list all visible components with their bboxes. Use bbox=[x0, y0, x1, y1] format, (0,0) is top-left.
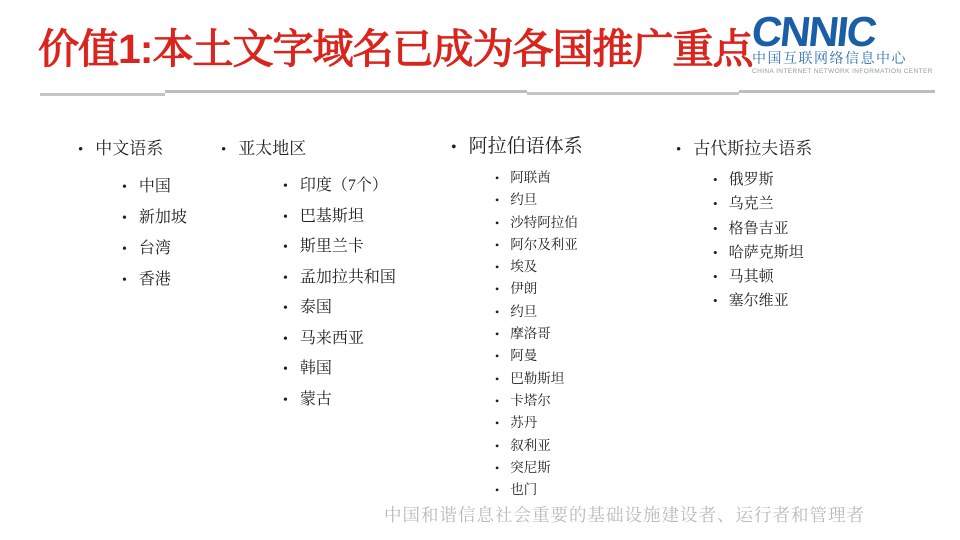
bullet-icon: • bbox=[713, 245, 718, 260]
country-list: •印度（7个）•巴基斯坦•斯里兰卡•孟加拉共和国•泰国•马来西亚•韩国•蒙古 bbox=[283, 171, 396, 415]
bullet-icon: • bbox=[283, 332, 288, 347]
bullet-icon: • bbox=[495, 193, 499, 207]
footer-tagline: 中国和谐信息社会重要的基础设施建设者、运行者和管理者 bbox=[384, 502, 865, 527]
country-item: •摩洛哥 bbox=[495, 323, 583, 345]
bullet-icon: • bbox=[122, 180, 127, 195]
bullet-icon: • bbox=[122, 273, 127, 288]
country-item: •巴基斯坦 bbox=[283, 202, 396, 233]
bullet-icon: • bbox=[495, 282, 499, 296]
country-label: 台湾 bbox=[139, 240, 171, 257]
country-label: 阿曼 bbox=[510, 348, 537, 363]
country-item: •约旦 bbox=[495, 301, 583, 323]
slide-title: 价值1:本土文字域名已成为各国推广重点 bbox=[38, 16, 752, 75]
country-label: 埃及 bbox=[510, 259, 537, 274]
country-item: •印度（7个） bbox=[283, 171, 396, 202]
bullet-icon: • bbox=[283, 179, 288, 194]
divider-segment bbox=[40, 93, 165, 96]
country-item: •叙利亚 bbox=[495, 435, 583, 457]
cnnic-logo: CNNIC 中国互联网络信息中心 CHINA INTERNET NETWORK … bbox=[752, 12, 956, 76]
bullet-icon: • bbox=[78, 142, 83, 159]
country-item: •马来西亚 bbox=[283, 324, 396, 355]
country-label: 韩国 bbox=[300, 360, 332, 377]
country-item: •格鲁吉亚 bbox=[713, 217, 812, 241]
bullet-icon: • bbox=[283, 210, 288, 225]
column-header: •阿拉伯语体系 bbox=[451, 131, 583, 158]
divider-segment bbox=[165, 90, 527, 93]
country-label: 马其顿 bbox=[729, 269, 774, 285]
country-item: •泰国 bbox=[283, 293, 396, 324]
country-list: •阿联酋•约旦•沙特阿拉伯•阿尔及利亚•埃及•伊朗•约旦•摩洛哥•阿曼•巴勒斯坦… bbox=[495, 167, 583, 501]
country-label: 也门 bbox=[510, 482, 537, 497]
country-item: •沙特阿拉伯 bbox=[495, 212, 583, 234]
country-item: •俄罗斯 bbox=[713, 168, 812, 192]
country-label: 卡塔尔 bbox=[510, 393, 551, 408]
country-label: 塞尔维亚 bbox=[729, 293, 789, 309]
bullet-icon: • bbox=[495, 483, 499, 497]
country-list: •俄罗斯•乌克兰•格鲁吉亚•哈萨克斯坦•马其顿•塞尔维亚 bbox=[713, 168, 812, 314]
bullet-icon: • bbox=[495, 305, 499, 319]
column-header-label: 亚太地区 bbox=[238, 139, 306, 158]
bullet-icon: • bbox=[122, 242, 127, 257]
bullet-icon: • bbox=[495, 327, 499, 341]
country-label: 阿联酋 bbox=[510, 170, 551, 185]
bullet-icon: • bbox=[495, 260, 499, 274]
divider-segment bbox=[527, 92, 739, 95]
column-header: •中文语系 bbox=[78, 134, 187, 159]
cnnic-logo-acronym: CNNIC bbox=[750, 12, 877, 52]
bullet-icon: • bbox=[283, 362, 288, 377]
column-header: •古代斯拉夫语系 bbox=[676, 134, 812, 159]
column-header-label: 中文语系 bbox=[95, 139, 163, 158]
country-item: •阿尔及利亚 bbox=[495, 234, 583, 256]
bullet-icon: • bbox=[495, 238, 499, 252]
country-label: 中国 bbox=[139, 178, 171, 195]
bullet-icon: • bbox=[713, 196, 718, 211]
country-list: •中国•新加坡•台湾•香港 bbox=[122, 172, 187, 296]
column-header-label: 阿拉伯语体系 bbox=[469, 136, 583, 157]
bullet-icon: • bbox=[495, 171, 499, 185]
country-label: 格鲁吉亚 bbox=[729, 221, 789, 237]
country-label: 孟加拉共和国 bbox=[300, 269, 396, 286]
bullet-icon: • bbox=[713, 221, 718, 236]
bullet-icon: • bbox=[495, 394, 499, 408]
country-item: •中国 bbox=[122, 172, 187, 203]
bullet-icon: • bbox=[495, 416, 499, 430]
country-item: •也门 bbox=[495, 479, 583, 501]
bullet-icon: • bbox=[283, 301, 288, 316]
country-item: •阿曼 bbox=[495, 345, 583, 367]
country-item: •台湾 bbox=[122, 234, 187, 265]
country-label: 香港 bbox=[139, 271, 171, 288]
country-label: 伊朗 bbox=[510, 281, 537, 296]
bullet-icon: • bbox=[713, 172, 718, 187]
bullet-icon: • bbox=[495, 461, 499, 475]
bullet-icon: • bbox=[221, 142, 226, 159]
country-label: 泰国 bbox=[300, 299, 332, 316]
country-item: •蒙古 bbox=[283, 385, 396, 416]
country-item: •新加坡 bbox=[122, 203, 187, 234]
country-label: 约旦 bbox=[510, 304, 537, 319]
country-item: •斯里兰卡 bbox=[283, 232, 396, 263]
bullet-icon: • bbox=[495, 372, 499, 386]
bullet-icon: • bbox=[713, 293, 718, 308]
country-label: 约旦 bbox=[510, 192, 537, 207]
bullet-icon: • bbox=[283, 271, 288, 286]
country-item: •伊朗 bbox=[495, 278, 583, 300]
country-item: •卡塔尔 bbox=[495, 390, 583, 412]
column-chinese-family: •中文语系 •中国•新加坡•台湾•香港 bbox=[78, 134, 187, 296]
country-item: •哈萨克斯坦 bbox=[713, 241, 812, 265]
country-item: •孟加拉共和国 bbox=[283, 263, 396, 294]
country-label: 新加坡 bbox=[139, 209, 187, 226]
country-item: •巴勒斯坦 bbox=[495, 368, 583, 390]
country-item: •马其顿 bbox=[713, 265, 812, 289]
country-label: 摩洛哥 bbox=[510, 326, 551, 341]
column-arabic-family: •阿拉伯语体系 •阿联酋•约旦•沙特阿拉伯•阿尔及利亚•埃及•伊朗•约旦•摩洛哥… bbox=[451, 131, 583, 501]
country-item: •约旦 bbox=[495, 189, 583, 211]
column-header-label: 古代斯拉夫语系 bbox=[693, 139, 812, 158]
slide: 价值1:本土文字域名已成为各国推广重点 CNNIC 中国互联网络信息中心 CHI… bbox=[0, 0, 960, 540]
country-label: 巴勒斯坦 bbox=[510, 371, 564, 386]
bullet-icon: • bbox=[495, 216, 499, 230]
bullet-icon: • bbox=[495, 439, 499, 453]
country-label: 叙利亚 bbox=[510, 438, 551, 453]
country-label: 苏丹 bbox=[510, 415, 537, 430]
country-item: •埃及 bbox=[495, 256, 583, 278]
country-label: 突尼斯 bbox=[510, 460, 551, 475]
column-slavic-family: •古代斯拉夫语系 •俄罗斯•乌克兰•格鲁吉亚•哈萨克斯坦•马其顿•塞尔维亚 bbox=[676, 134, 812, 314]
bullet-icon: • bbox=[676, 142, 681, 159]
country-label: 阿尔及利亚 bbox=[510, 237, 578, 252]
country-label: 乌克兰 bbox=[729, 196, 774, 212]
country-label: 沙特阿拉伯 bbox=[510, 215, 578, 230]
country-label: 印度（7个） bbox=[300, 177, 388, 194]
country-label: 巴基斯坦 bbox=[300, 208, 364, 225]
country-label: 斯里兰卡 bbox=[300, 238, 364, 255]
column-asia-pacific: •亚太地区 •印度（7个）•巴基斯坦•斯里兰卡•孟加拉共和国•泰国•马来西亚•韩… bbox=[221, 134, 396, 415]
bullet-icon: • bbox=[495, 349, 499, 363]
bullet-icon: • bbox=[283, 393, 288, 408]
bullet-icon: • bbox=[713, 269, 718, 284]
country-item: •苏丹 bbox=[495, 412, 583, 434]
country-label: 哈萨克斯坦 bbox=[729, 245, 804, 261]
cnnic-logo-name-en: CHINA INTERNET NETWORK INFORMATION CENTE… bbox=[752, 67, 956, 76]
bullet-icon: • bbox=[283, 240, 288, 255]
country-item: •阿联酋 bbox=[495, 167, 583, 189]
country-label: 蒙古 bbox=[300, 391, 332, 408]
country-label: 俄罗斯 bbox=[729, 172, 774, 188]
divider-segment bbox=[739, 90, 935, 93]
column-header: •亚太地区 bbox=[221, 134, 396, 159]
country-item: •乌克兰 bbox=[713, 192, 812, 216]
country-item: •韩国 bbox=[283, 354, 396, 385]
bullet-icon: • bbox=[122, 211, 127, 226]
country-label: 马来西亚 bbox=[300, 330, 364, 347]
bullet-icon: • bbox=[451, 139, 457, 157]
country-item: •塞尔维亚 bbox=[713, 289, 812, 313]
country-item: •香港 bbox=[122, 265, 187, 296]
country-item: •突尼斯 bbox=[495, 457, 583, 479]
